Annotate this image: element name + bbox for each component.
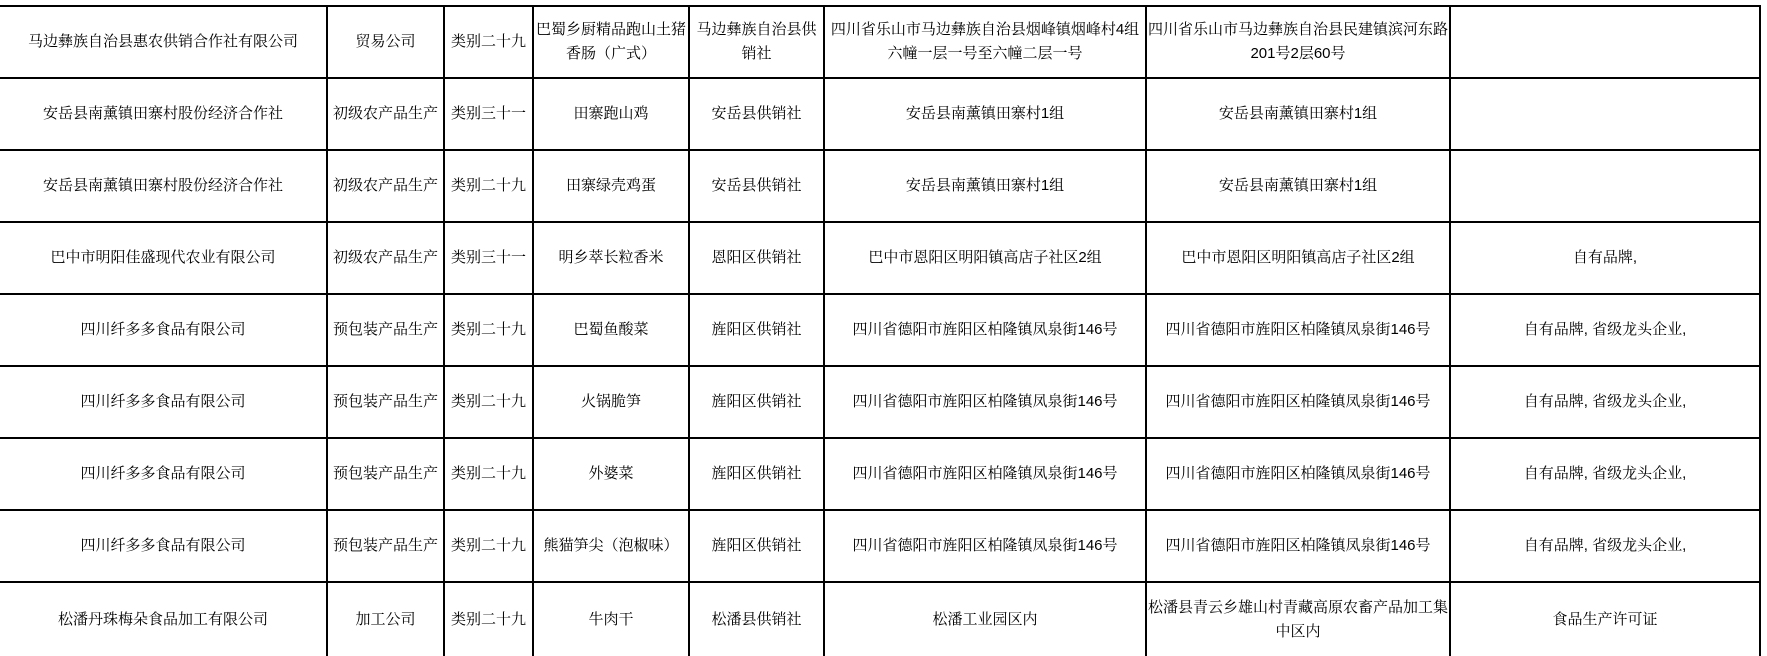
table-row: 四川纤多多食品有限公司 预包装产品生产 类别二十九 熊猫笋尖（泡椒味） 旌阳区供… (0, 510, 1760, 582)
cell-notes (1450, 150, 1760, 222)
cell-company: 松潘丹珠梅朵食品加工有限公司 (0, 582, 327, 656)
cell-company: 安岳县南薰镇田寨村股份经济合作社 (0, 78, 327, 150)
cell-product: 牛肉干 (533, 582, 689, 656)
cell-product: 火锅脆笋 (533, 366, 689, 438)
cell-company-type: 预包装产品生产 (327, 438, 444, 510)
cell-category: 类别二十九 (444, 294, 533, 366)
cell-product: 田寨跑山鸡 (533, 78, 689, 150)
cell-address-2: 巴中市恩阳区明阳镇高店子社区2组 (1146, 222, 1450, 294)
cell-company: 四川纤多多食品有限公司 (0, 510, 327, 582)
cell-company: 四川纤多多食品有限公司 (0, 294, 327, 366)
cell-notes (1450, 78, 1760, 150)
cell-product: 外婆菜 (533, 438, 689, 510)
table-row: 四川纤多多食品有限公司 预包装产品生产 类别二十九 外婆菜 旌阳区供销社 四川省… (0, 438, 1760, 510)
cell-notes (1450, 6, 1760, 78)
cell-coop: 旌阳区供销社 (689, 510, 824, 582)
cell-company: 四川纤多多食品有限公司 (0, 366, 327, 438)
cell-category: 类别二十九 (444, 438, 533, 510)
cell-coop: 安岳县供销社 (689, 78, 824, 150)
cell-category: 类别二十九 (444, 582, 533, 656)
cell-company: 四川纤多多食品有限公司 (0, 438, 327, 510)
cell-address-1: 四川省乐山市马边彝族自治县烟峰镇烟峰村4组六幢一层一号至六幢二层一号 (824, 6, 1146, 78)
cell-coop: 马边彝族自治县供销社 (689, 6, 824, 78)
cell-notes: 食品生产许可证 (1450, 582, 1760, 656)
cell-company-type: 预包装产品生产 (327, 366, 444, 438)
table-row: 四川纤多多食品有限公司 预包装产品生产 类别二十九 火锅脆笋 旌阳区供销社 四川… (0, 366, 1760, 438)
cell-company-type: 预包装产品生产 (327, 510, 444, 582)
cell-coop: 旌阳区供销社 (689, 366, 824, 438)
cell-notes: 自有品牌, 省级龙头企业, (1450, 294, 1760, 366)
cell-company: 巴中市明阳佳盛现代农业有限公司 (0, 222, 327, 294)
cell-address-1: 巴中市恩阳区明阳镇高店子社区2组 (824, 222, 1146, 294)
table-row: 巴中市明阳佳盛现代农业有限公司 初级农产品生产 类别三十一 明乡萃长粒香米 恩阳… (0, 222, 1760, 294)
cell-coop: 安岳县供销社 (689, 150, 824, 222)
cell-company-type: 贸易公司 (327, 6, 444, 78)
cell-address-1: 安岳县南薰镇田寨村1组 (824, 78, 1146, 150)
cell-coop: 旌阳区供销社 (689, 438, 824, 510)
cell-address-2: 四川省乐山市马边彝族自治县民建镇滨河东路201号2层60号 (1146, 6, 1450, 78)
cell-address-2: 安岳县南薰镇田寨村1组 (1146, 78, 1450, 150)
cell-product: 明乡萃长粒香米 (533, 222, 689, 294)
cell-notes: 自有品牌, 省级龙头企业, (1450, 366, 1760, 438)
cell-address-2: 四川省德阳市旌阳区柏隆镇凤泉街146号 (1146, 510, 1450, 582)
cell-product: 田寨绿壳鸡蛋 (533, 150, 689, 222)
cell-address-1: 四川省德阳市旌阳区柏隆镇凤泉街146号 (824, 510, 1146, 582)
cell-address-2: 四川省德阳市旌阳区柏隆镇凤泉街146号 (1146, 366, 1450, 438)
cell-product: 巴蜀鱼酸菜 (533, 294, 689, 366)
cell-company-type: 初级农产品生产 (327, 222, 444, 294)
cell-address-2: 松潘县青云乡雄山村青藏高原农畜产品加工集中区内 (1146, 582, 1450, 656)
cell-product: 熊猫笋尖（泡椒味） (533, 510, 689, 582)
table-row: 四川纤多多食品有限公司 预包装产品生产 类别二十九 巴蜀鱼酸菜 旌阳区供销社 四… (0, 294, 1760, 366)
cell-company: 安岳县南薰镇田寨村股份经济合作社 (0, 150, 327, 222)
cell-address-1: 安岳县南薰镇田寨村1组 (824, 150, 1146, 222)
table-row: 松潘丹珠梅朵食品加工有限公司 加工公司 类别二十九 牛肉干 松潘县供销社 松潘工… (0, 582, 1760, 656)
cell-address-2: 安岳县南薰镇田寨村1组 (1146, 150, 1450, 222)
cell-address-1: 四川省德阳市旌阳区柏隆镇凤泉街146号 (824, 438, 1146, 510)
cell-category: 类别二十九 (444, 510, 533, 582)
cell-company-type: 初级农产品生产 (327, 78, 444, 150)
cell-notes: 自有品牌, 省级龙头企业, (1450, 510, 1760, 582)
cell-category: 类别二十九 (444, 6, 533, 78)
table-row: 安岳县南薰镇田寨村股份经济合作社 初级农产品生产 类别二十九 田寨绿壳鸡蛋 安岳… (0, 150, 1760, 222)
cell-category: 类别二十九 (444, 150, 533, 222)
table-viewport: 马边彝族自治县惠农供销合作社有限公司 贸易公司 类别二十九 巴蜀乡厨精品跑山土猪… (0, 0, 1767, 656)
cell-address-1: 松潘工业园区内 (824, 582, 1146, 656)
cell-address-1: 四川省德阳市旌阳区柏隆镇凤泉街146号 (824, 294, 1146, 366)
cell-coop: 恩阳区供销社 (689, 222, 824, 294)
cell-address-1: 四川省德阳市旌阳区柏隆镇凤泉街146号 (824, 366, 1146, 438)
cell-company-type: 预包装产品生产 (327, 294, 444, 366)
cell-company-type: 初级农产品生产 (327, 150, 444, 222)
supplier-data-table: 马边彝族自治县惠农供销合作社有限公司 贸易公司 类别二十九 巴蜀乡厨精品跑山土猪… (0, 5, 1761, 656)
cell-company-type: 加工公司 (327, 582, 444, 656)
cell-product: 巴蜀乡厨精品跑山土猪香肠（广式） (533, 6, 689, 78)
table-row: 安岳县南薰镇田寨村股份经济合作社 初级农产品生产 类别三十一 田寨跑山鸡 安岳县… (0, 78, 1760, 150)
cell-notes: 自有品牌, 省级龙头企业, (1450, 438, 1760, 510)
table-row: 马边彝族自治县惠农供销合作社有限公司 贸易公司 类别二十九 巴蜀乡厨精品跑山土猪… (0, 6, 1760, 78)
cell-category: 类别三十一 (444, 78, 533, 150)
cell-coop: 旌阳区供销社 (689, 294, 824, 366)
cell-category: 类别二十九 (444, 366, 533, 438)
cell-category: 类别三十一 (444, 222, 533, 294)
cell-address-2: 四川省德阳市旌阳区柏隆镇凤泉街146号 (1146, 438, 1450, 510)
cell-notes: 自有品牌, (1450, 222, 1760, 294)
cell-company: 马边彝族自治县惠农供销合作社有限公司 (0, 6, 327, 78)
cell-address-2: 四川省德阳市旌阳区柏隆镇凤泉街146号 (1146, 294, 1450, 366)
cell-coop: 松潘县供销社 (689, 582, 824, 656)
